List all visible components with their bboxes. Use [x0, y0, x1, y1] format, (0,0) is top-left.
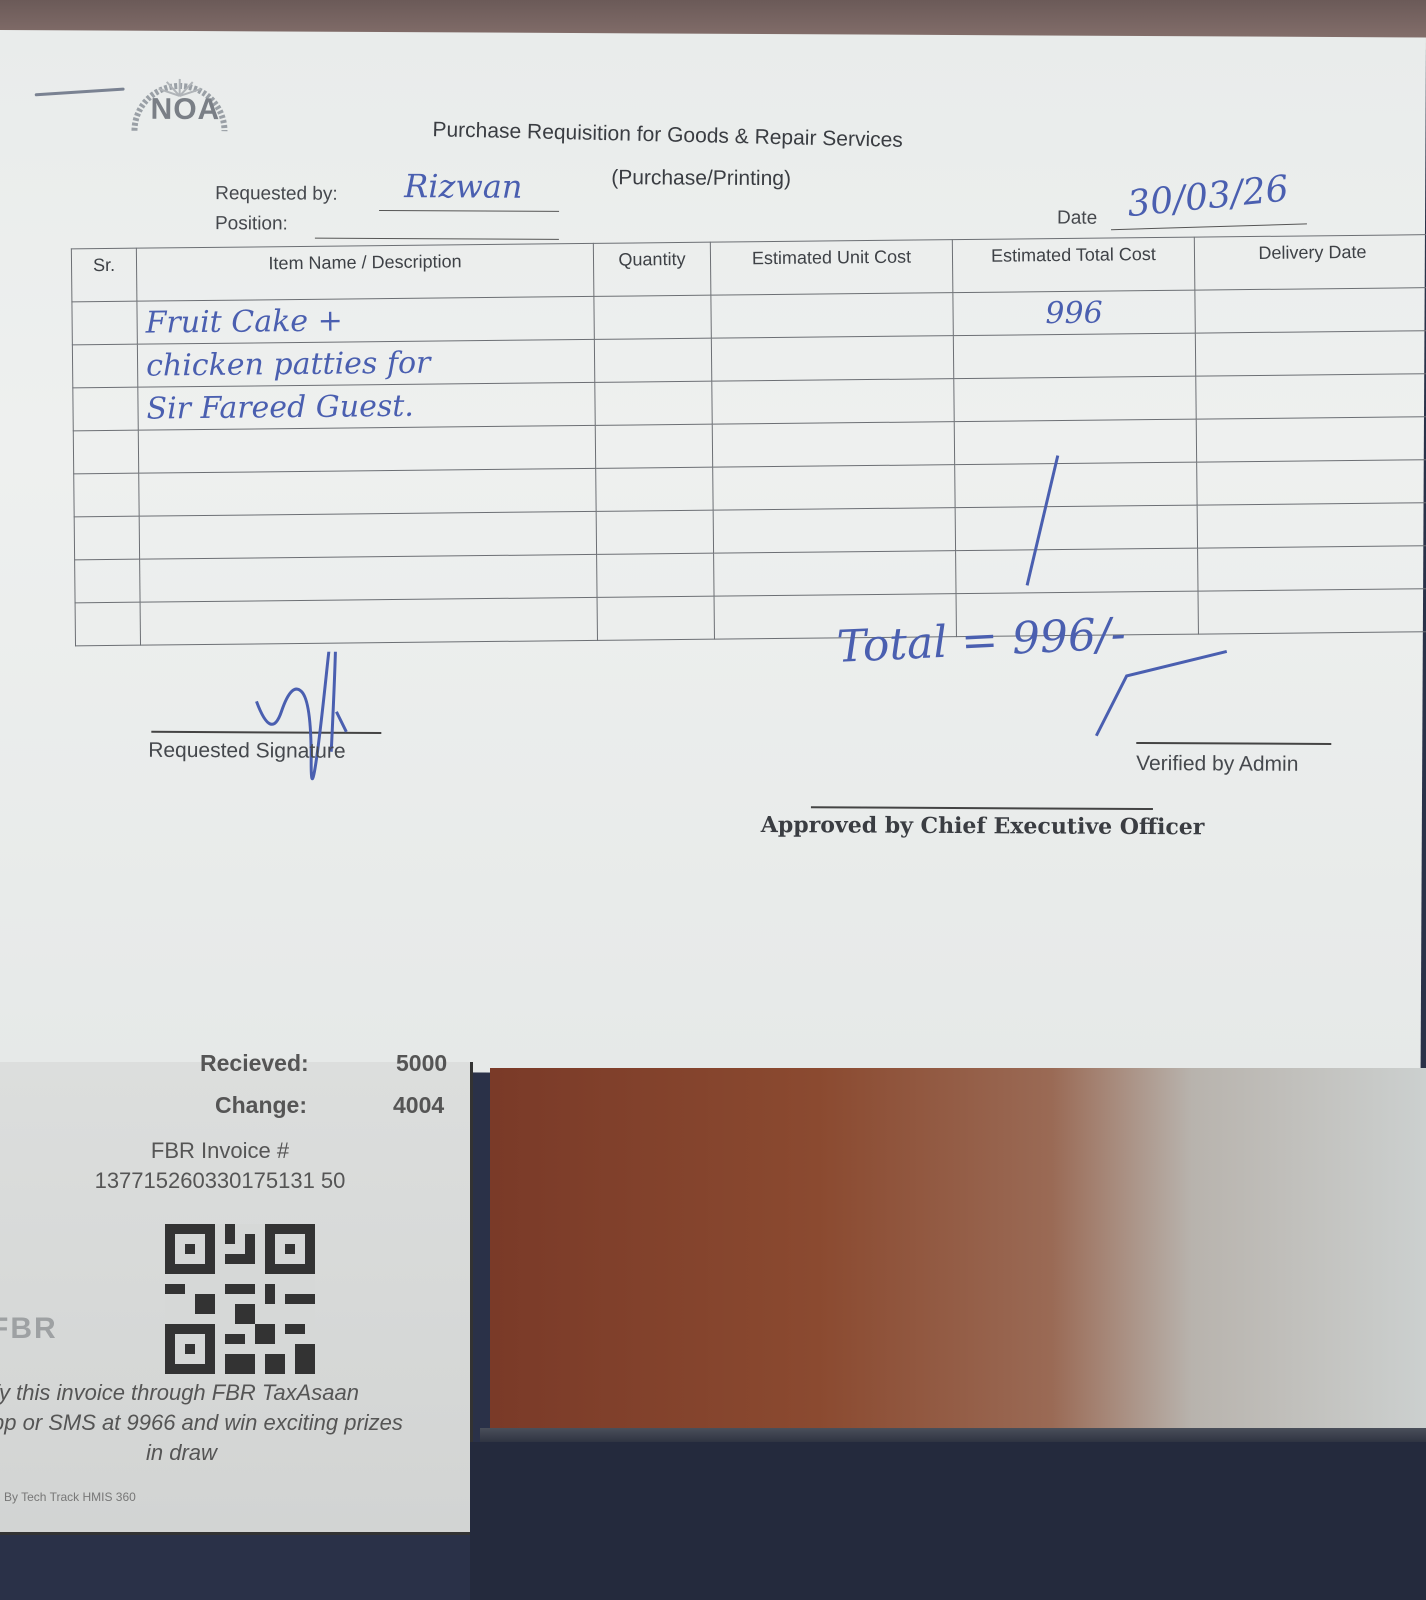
cell-sr[interactable]: [72, 301, 137, 345]
cell-unit-cost[interactable]: [711, 293, 953, 339]
cell-quantity[interactable]: [596, 467, 713, 511]
change-value: 4004: [393, 1092, 444, 1119]
header-item: Item Name / Description: [136, 243, 594, 301]
wooden-desk-surface: [490, 1068, 1426, 1428]
cell-quantity[interactable]: [595, 424, 712, 468]
cell-delivery[interactable]: [1195, 288, 1426, 333]
approved-line: [811, 806, 1153, 809]
cell-item[interactable]: [139, 511, 596, 559]
receipt-note-line1: ify this invoice through FBR TaxAsaan: [0, 1380, 359, 1406]
cell-item[interactable]: chicken patties for: [137, 339, 594, 387]
fbr-invoice-label: FBR Invoice #: [30, 1138, 410, 1164]
cell-item[interactable]: [139, 468, 596, 516]
cell-quantity[interactable]: [595, 381, 712, 425]
cell-quantity[interactable]: [594, 338, 711, 382]
header-delivery-date: Delivery Date: [1194, 235, 1426, 290]
cell-quantity[interactable]: [597, 553, 714, 597]
fbr-logo: FBR: [0, 1312, 58, 1346]
cell-sr[interactable]: [73, 387, 138, 431]
header-total-cost: Estimated Total Cost: [952, 237, 1195, 293]
header-sr: Sr.: [71, 248, 137, 302]
requested-signature-label: Requested Signature: [148, 739, 345, 764]
change-label: Change:: [215, 1092, 307, 1119]
date-line: [1111, 223, 1307, 230]
date-value[interactable]: 30/03/26: [1126, 168, 1291, 225]
approved-by-ceo-label: Approved by Chief Executive Officer: [761, 812, 1205, 840]
cell-total-cost[interactable]: [953, 333, 1195, 379]
receipt-footer: By Tech Track HMIS 360: [4, 1490, 136, 1504]
cell-unit-cost[interactable]: [714, 551, 956, 597]
form-title: Purchase Requisition for Goods & Repair …: [432, 118, 903, 153]
requested-by-value[interactable]: Rizwan: [404, 167, 522, 206]
cell-sr[interactable]: [73, 430, 138, 474]
academy-logo: NOA: [124, 51, 234, 142]
cell-item[interactable]: [140, 597, 597, 645]
fbr-receipt: Recieved: 5000 Change: 4004 FBR Invoice …: [0, 1062, 473, 1535]
glass-edge: [480, 1428, 1426, 1442]
cell-unit-cost[interactable]: [711, 336, 953, 382]
cell-unit-cost[interactable]: [713, 508, 955, 554]
position-field[interactable]: [315, 238, 559, 240]
received-label: Recieved:: [200, 1050, 309, 1077]
cell-sr[interactable]: [75, 559, 140, 603]
cell-quantity[interactable]: [596, 510, 713, 554]
receipt-note-line2: pp or SMS at 9966 and win exciting prize…: [0, 1410, 403, 1436]
form-subtitle: (Purchase/Printing): [611, 166, 791, 191]
floor-background: [470, 1442, 1426, 1600]
fbr-invoice-number: 137715260330175131 50: [30, 1168, 410, 1194]
qr-code-icon[interactable]: [165, 1224, 315, 1374]
header-quantity: Quantity: [593, 242, 711, 296]
cell-item[interactable]: Fruit Cake +: [137, 296, 594, 344]
verified-by-admin-label: Verified by Admin: [1136, 752, 1298, 777]
header-unit-cost: Estimated Unit Cost: [710, 240, 953, 296]
cell-sr[interactable]: [75, 602, 140, 646]
cell-unit-cost[interactable]: [712, 422, 954, 468]
pen-stroke: [35, 88, 125, 97]
cell-total-cost[interactable]: 996: [953, 290, 1195, 336]
cell-item[interactable]: [138, 425, 595, 473]
cell-quantity[interactable]: [594, 295, 711, 339]
receipt-note-line3: in draw: [146, 1440, 217, 1466]
cell-sr[interactable]: [74, 516, 139, 560]
check-mark-icon: [996, 435, 1258, 786]
cell-item[interactable]: [140, 554, 597, 602]
cell-quantity[interactable]: [597, 596, 714, 640]
requested-by-label: Requested by:: [215, 183, 338, 206]
requested-by-line: [379, 210, 559, 212]
cell-unit-cost[interactable]: [712, 379, 954, 425]
position-label: Position:: [215, 213, 288, 235]
cell-total-cost[interactable]: [954, 376, 1196, 422]
purchase-requisition-form: NOA Purchase Requisition for Goods & Rep…: [0, 30, 1426, 1077]
cell-sr[interactable]: [72, 344, 137, 388]
cell-item[interactable]: Sir Fareed Guest.: [138, 382, 595, 430]
logo-initials: NOA: [150, 93, 220, 127]
cell-delivery[interactable]: [1196, 374, 1426, 419]
received-value: 5000: [396, 1050, 447, 1077]
cell-unit-cost[interactable]: [713, 465, 955, 511]
date-label: Date: [1057, 208, 1097, 230]
cell-sr[interactable]: [74, 473, 139, 517]
cell-delivery[interactable]: [1195, 331, 1426, 376]
